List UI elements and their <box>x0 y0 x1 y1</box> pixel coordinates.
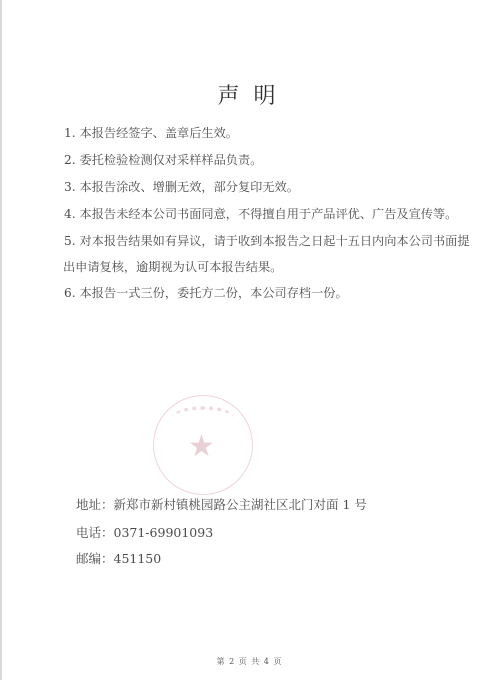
star-icon: ★ <box>188 432 215 462</box>
statement-item-5: 5. 对本报告结果如有异议，请于收到本报告之日起十五日内向本公司书面提 <box>64 232 470 249</box>
contact-address: 地址：新郑市新村镇桃园路公主湖社区北门对面 1 号 <box>76 495 367 513</box>
page-number: 第 2 页 共 4 页 <box>0 656 499 667</box>
statement-item-4: 4. 本报告未经本公司书面同意，不得擅自用于产品评优、广告及宣传等。 <box>64 205 457 222</box>
statement-item-2: 2. 委托检验检测仅对采样样品负责。 <box>64 151 262 168</box>
page-title: 声明 <box>0 79 499 110</box>
statement-item-1: 1. 本报告经签字、盖章后生效。 <box>64 124 238 141</box>
statement-item-6: 6. 本报告一式三份，委托方二份，本公司存档一份。 <box>64 284 348 301</box>
seal-text-arc <box>172 406 234 430</box>
contact-phone: 电话：0371-69901093 <box>76 523 213 541</box>
contact-postcode: 邮编：451150 <box>76 549 161 567</box>
company-seal: ★ <box>153 395 253 495</box>
statement-item-5-continued: 出申请复核，逾期视为认可本报告结果。 <box>63 258 282 275</box>
statement-item-3: 3. 本报告涂改、增删无效，部分复印无效。 <box>64 178 299 195</box>
